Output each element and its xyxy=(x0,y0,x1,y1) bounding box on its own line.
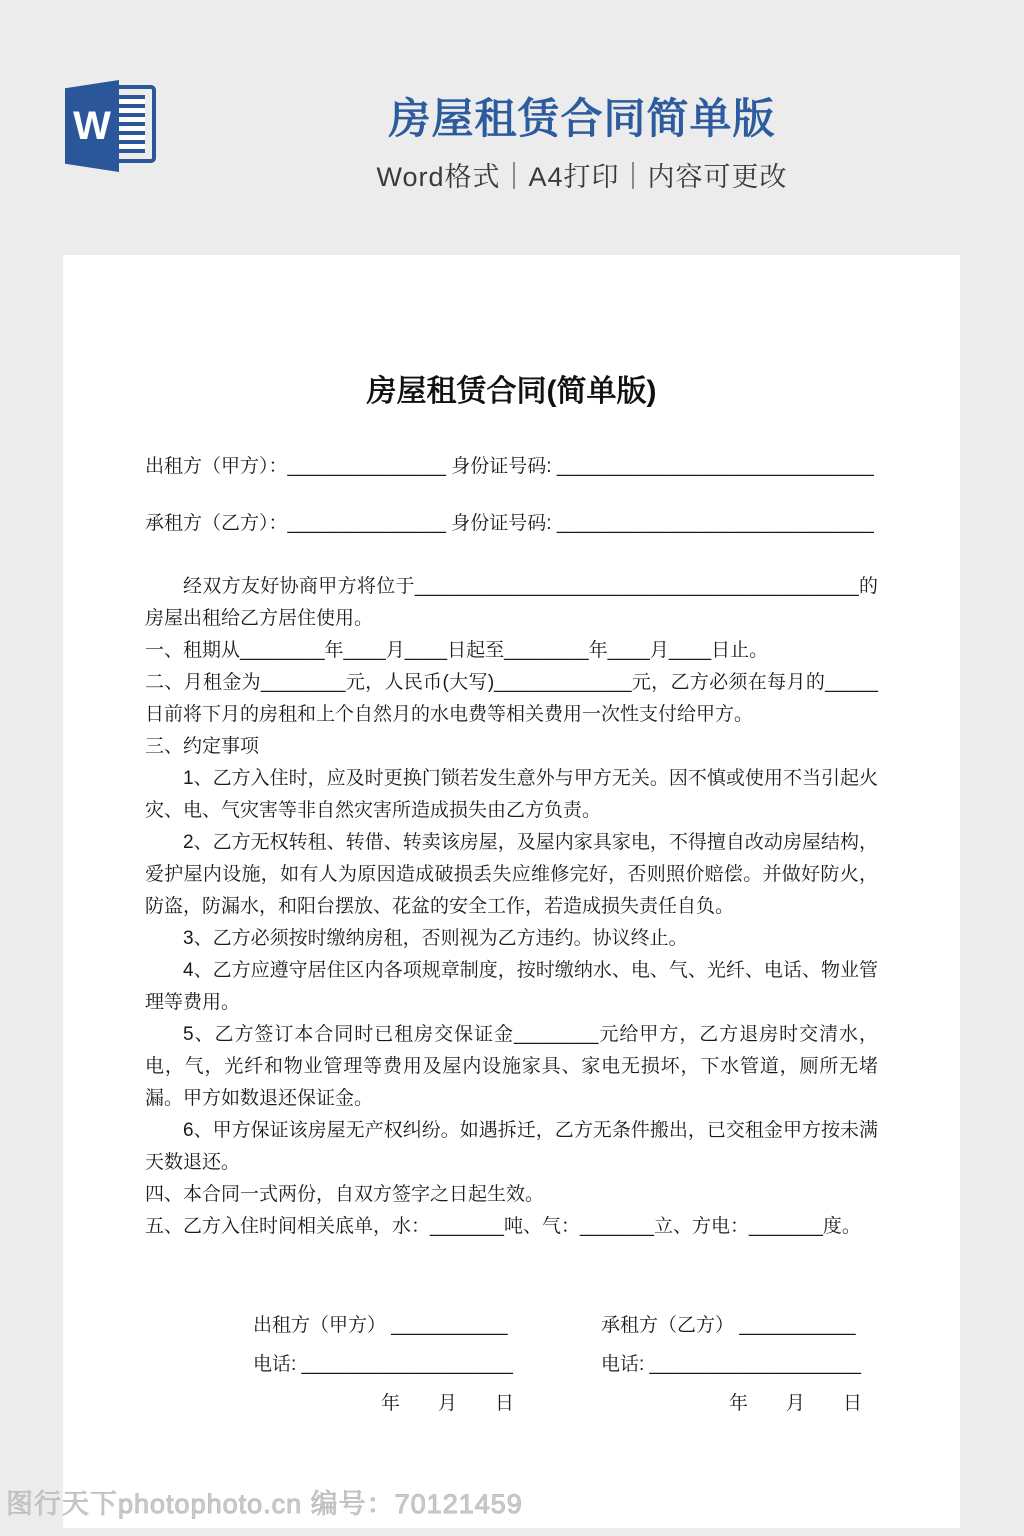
signature-block: 出租方（甲方） ___________ 电话: ________________… xyxy=(145,1313,878,1430)
page: W 房屋租赁合同简单版 Word格式｜A4打印｜内容可更改 房屋租赁合同(简单版… xyxy=(0,0,1024,1536)
signature-phone-line: 电话: ____________________ xyxy=(601,1352,869,1378)
signature-role-line: 承租方（乙方） ___________ xyxy=(601,1313,869,1339)
contract-item-5: 5、乙方签订本合同时已租房交保证金________元给甲方，乙方退房时交清水，电… xyxy=(145,1019,878,1115)
signature-lessee: 承租方（乙方） ___________ 电话: ________________… xyxy=(601,1313,869,1430)
signature-date-line: 年 月 日 xyxy=(253,1391,521,1417)
signature-date-line: 年 月 日 xyxy=(601,1391,869,1417)
header-text: 房屋租赁合同简单版 Word格式｜A4打印｜内容可更改 xyxy=(140,96,1024,194)
header-banner: W 房屋租赁合同简单版 Word格式｜A4打印｜内容可更改 xyxy=(0,0,1024,230)
contract-item-1: 1、乙方入住时，应及时更换门锁若发生意外与甲方无关。因不慎或使用不当引起火灾、电… xyxy=(145,763,878,827)
party-line-lessee: 承租方（乙方）：_______________ 身份证号码: _________… xyxy=(145,511,878,537)
contract-item-2: 2、乙方无权转租、转借、转卖该房屋，及屋内家具家电，不得擅自改动房屋结构，爱护屋… xyxy=(145,827,878,923)
document-paper: 房屋租赁合同(简单版) 出租方（甲方）：_______________ 身份证号… xyxy=(63,255,960,1528)
template-subtitle: Word格式｜A4打印｜内容可更改 xyxy=(140,155,1024,194)
template-title: 房屋租赁合同简单版 xyxy=(140,96,1024,142)
contract-item-6: 6、甲方保证该房屋无产权纠纷。如遇拆迁，乙方无条件搬出，已交租金甲方按未满天数退… xyxy=(145,1115,878,1179)
contract-clause-1: 一、租期从________年____月____日起至________年____月… xyxy=(145,635,878,667)
contract-item-4: 4、乙方应遵守居住区内各项规章制度，按时缴纳水、电、气、光纤、电话、物业管理等费… xyxy=(145,955,878,1019)
contract-clause-2: 二、月租金为________元，人民币(大写)_____________元，乙方… xyxy=(145,667,878,731)
contract-clause-5: 五、乙方入住时间相关底单，水：_______吨、气：_______立、方电：__… xyxy=(145,1211,878,1243)
party-line-lessor: 出租方（甲方）：_______________ 身份证号码: _________… xyxy=(145,454,878,480)
signature-lessor: 出租方（甲方） ___________ 电话: ________________… xyxy=(253,1313,521,1430)
contract-item-3: 3、乙方必须按时缴纳房租，否则视为乙方违约。协议终止。 xyxy=(145,923,878,955)
word-icon-letter: W xyxy=(73,106,111,146)
contract-clause-3: 三、约定事项 xyxy=(145,731,878,763)
signature-role-line: 出租方（甲方） ___________ xyxy=(253,1313,521,1339)
contract-title: 房屋租赁合同(简单版) xyxy=(145,372,878,412)
contract-body: 经双方友好协商甲方将位于____________________________… xyxy=(145,571,878,1243)
contract-paragraph: 经双方友好协商甲方将位于____________________________… xyxy=(145,571,878,635)
site-watermark: 图行天下photophoto.cn 编号：70121459 xyxy=(6,1482,523,1521)
contract-clause-4: 四、本合同一式两份，自双方签字之日起生效。 xyxy=(145,1179,878,1211)
word-panel-icon: W xyxy=(65,80,119,172)
signature-phone-line: 电话: ____________________ xyxy=(253,1352,521,1378)
